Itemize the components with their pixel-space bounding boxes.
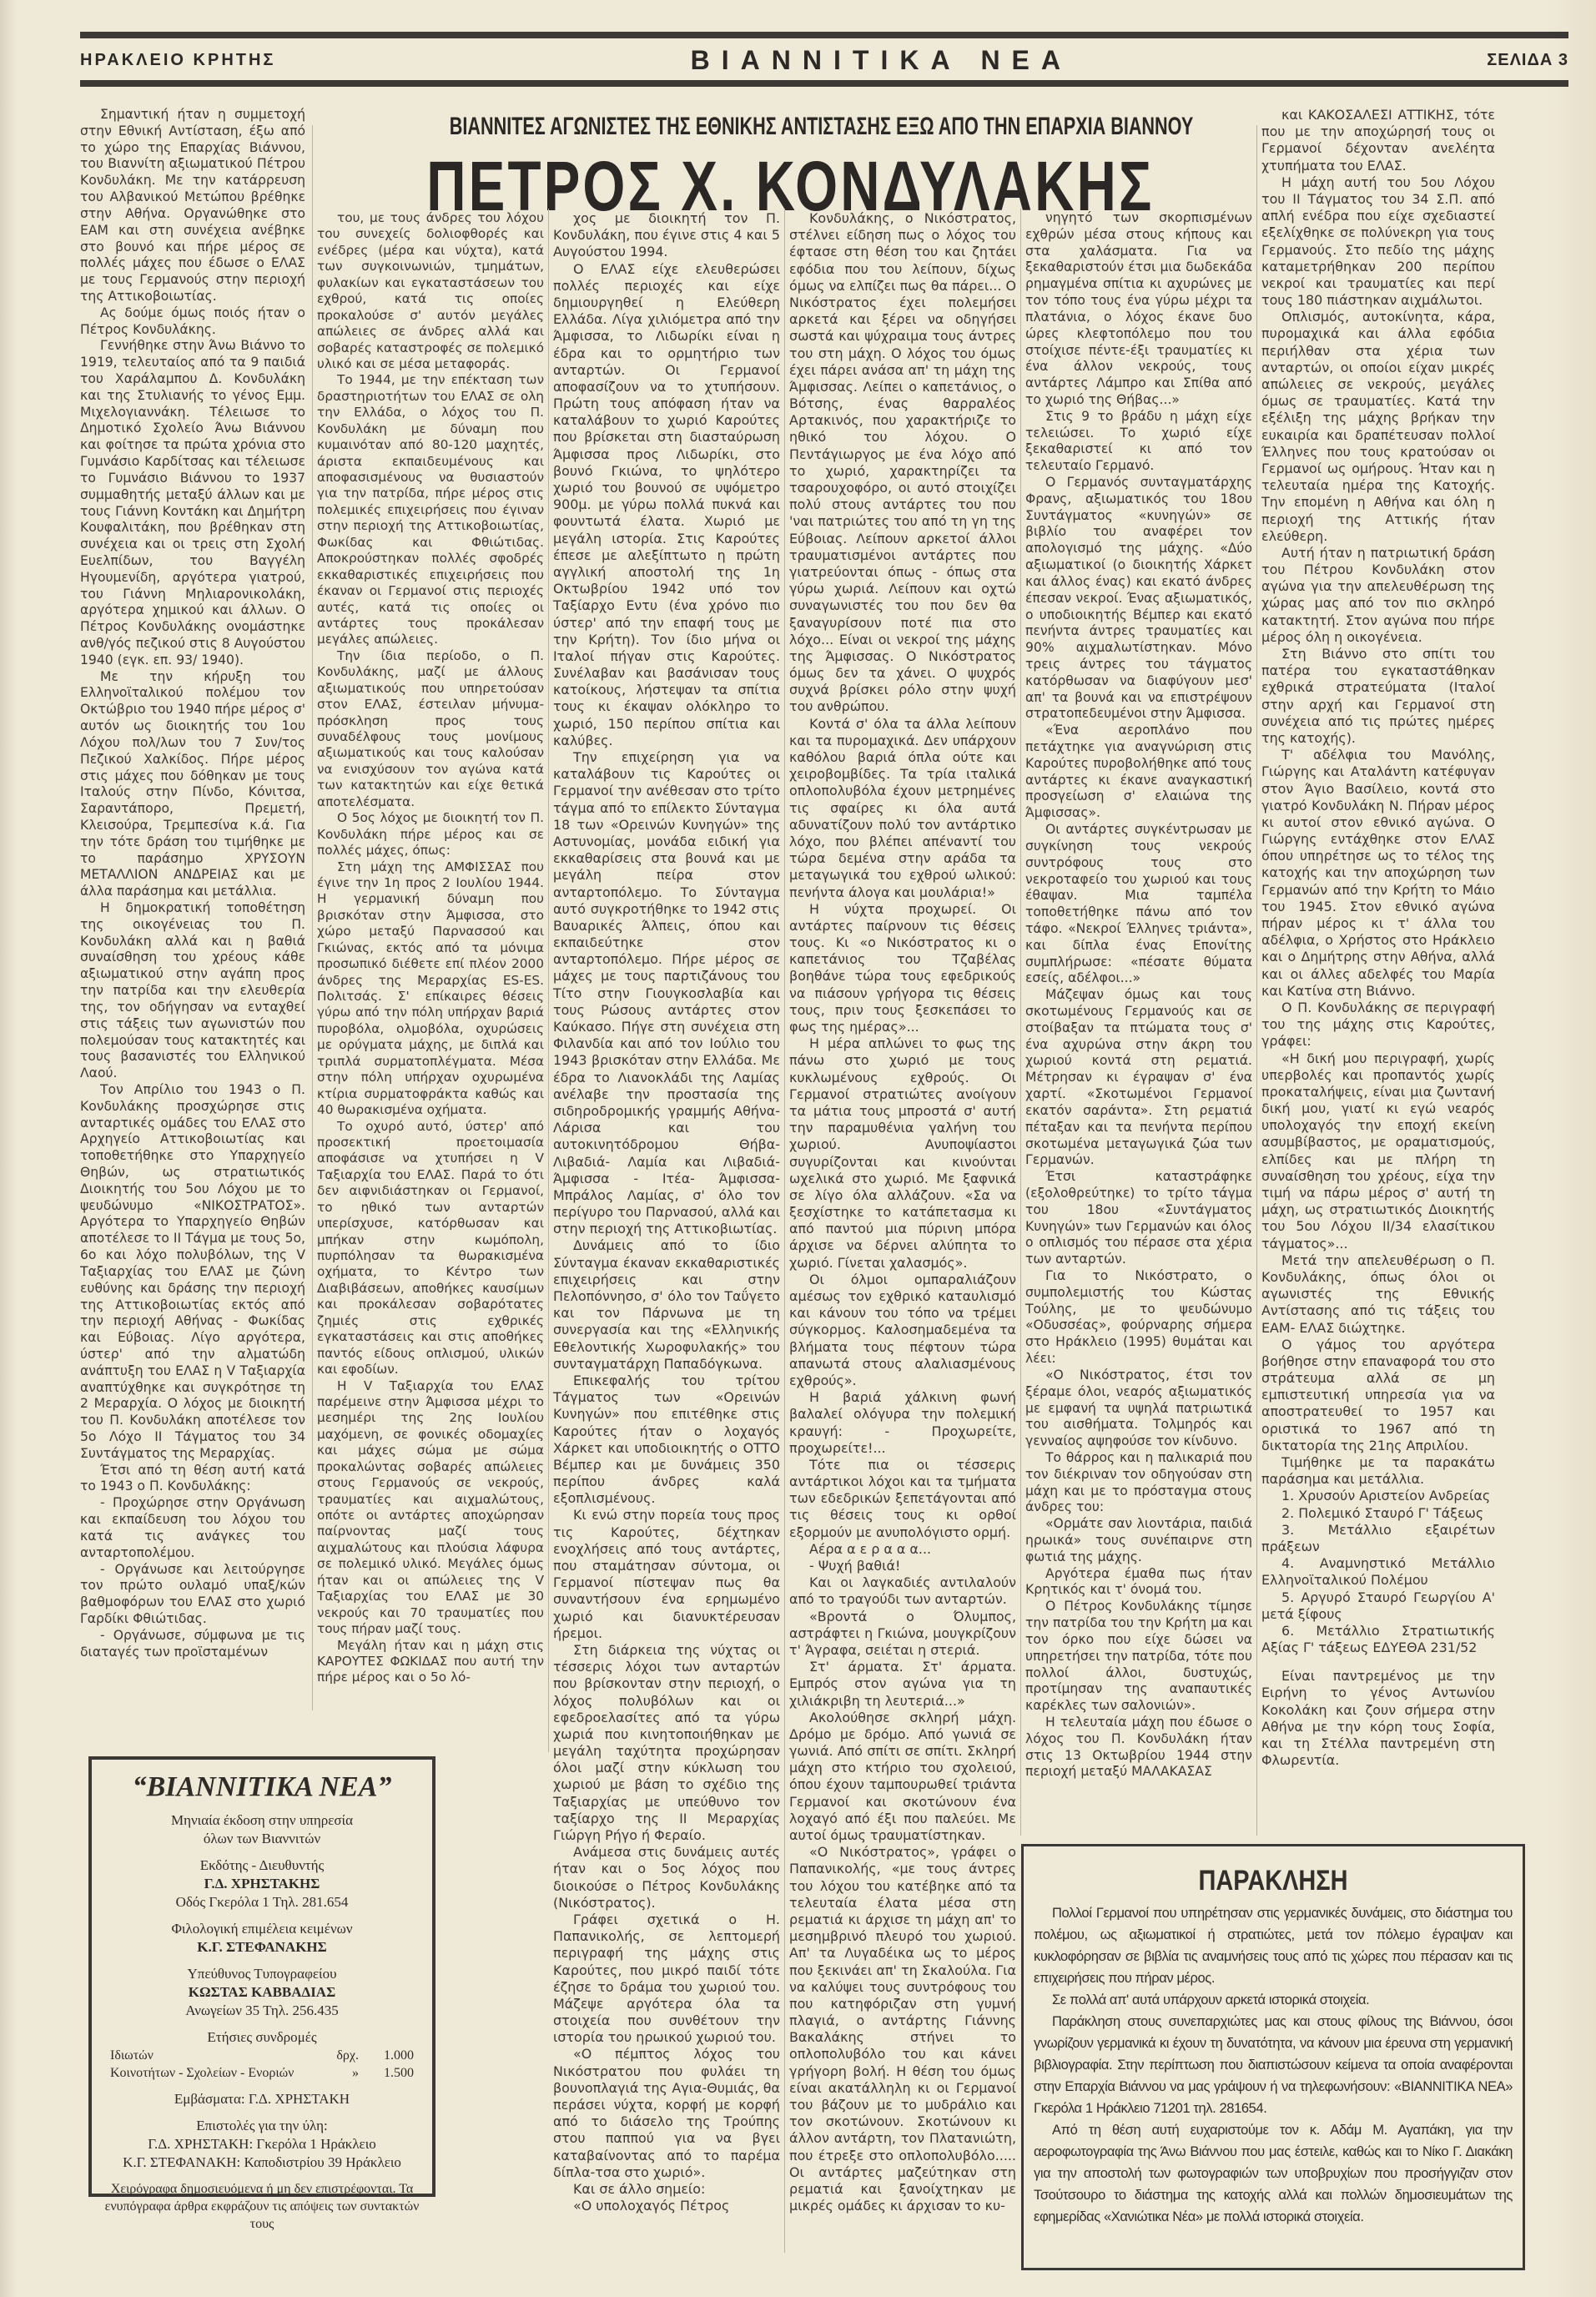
paragraph: 3. Μετάλλιο εξαιρέτων πράξεων: [1261, 1522, 1495, 1555]
paragraph: «Ο Νικόστρατος, έτσι τον ξέραμε όλοι, νε…: [1025, 1368, 1252, 1450]
paragraph: «Η δική μου περιγραφή, χωρίς υπερβολές κ…: [1261, 1050, 1495, 1252]
article-column-3: χος με διοικητή τον Π. Κονδυλάκη, που έγ…: [553, 210, 780, 2214]
paragraph: «Ένα αεροπλάνο που πετάχτηκε για αναγνώρ…: [1025, 723, 1252, 822]
paragraph: Η τελευταία μάχη που έδωσε ο λόχος του Π…: [1025, 1715, 1252, 1781]
paragraph: Σημαντική ήταν η συμμετοχή στην Εθνική Α…: [80, 107, 305, 305]
paragraph: Στ' άρματα. Στ' άρματα. Εμπρός στον αγών…: [789, 1659, 1016, 1710]
editor-name: Κ.Γ. ΣΤΕΦΑΝΑΚΗΣ: [92, 1938, 432, 1957]
paragraph: «Βροντά ο Όλυμπος, αστράφτει η Γκιώνα, μ…: [789, 1609, 1016, 1660]
paragraph: - Ψυχή βαθιά!: [789, 1558, 1016, 1574]
paragraph: Κι ενώ στην πορεία τους προς τις Καρούτε…: [553, 1507, 780, 1642]
paragraph: Στη Βιάννο στο σπίτι του πατέρα του εγκα…: [1261, 646, 1495, 747]
paragraph: του, με τους άνδρες του λόχου του συνεχε…: [317, 210, 544, 372]
paragraph: Στις 9 το βράδυ η μάχη είχε τελειώσει. Τ…: [1025, 409, 1252, 475]
subscription-type: Κοινοτήτων - Σχολείων - Ενοριών: [110, 2064, 294, 2082]
paragraph: Ο Π. Κονδυλάκης σε περιγραφή του της μάχ…: [1261, 1000, 1495, 1050]
masthead-disclaimer: Χειρόγραφα δημοσιευόμενα ή μη δεν επιστρ…: [92, 2180, 432, 2233]
paragraph: Πολλοί Γερμανοί που υπηρέτησαν στις γερμ…: [1034, 1902, 1513, 1989]
paragraph: Ο 5ος λόχος με διοικητή τον Π. Κονδυλάκη…: [317, 810, 544, 859]
closing-paragraph: Είναι παντρεμένος με την Ειρήνη το γένος…: [1261, 1668, 1495, 1769]
paragraph: Αργότερα έμαθα πως ήταν Κρητικός και τ' …: [1025, 1566, 1252, 1599]
bottom-rule: [80, 80, 1568, 87]
paragraph: Η βαριά χάλκινη φωνή βαλαλεί ολόγυρα την…: [789, 1389, 1016, 1457]
subscription-row: Κοινοτήτων - Σχολείων - Ενοριών »1.500: [92, 2064, 432, 2082]
paragraph: Ακολούθησε σκληρή μάχη. Δρόμο με δρόμο. …: [789, 1710, 1016, 1845]
paragraph: Από τη θέση αυτή ευχαριστούμε τον κ. Αδά…: [1034, 2119, 1513, 2228]
paragraph: Έτσι από τη θέση αυτή κατά το 1943 ο Π. …: [80, 1463, 305, 1496]
subscription-price: 1.500: [384, 2064, 414, 2082]
paragraph: Στη μάχη της ΑΜΦΙΣΣΑΣ που έγινε την 1η π…: [317, 859, 544, 1119]
paragraph: Επικεφαλής του τρίτου Τάγματος των «Ορει…: [553, 1373, 780, 1508]
appeal-title: ΠΑΡΑΚΛΗΣΗ: [1061, 1865, 1485, 1897]
article-column-5: νηγητό των σκορπισμένων εχθρών μέσα στου…: [1025, 210, 1252, 1781]
paragraph: Τ' αδέλφια του Μανόλης, Γιώργης και Αταλ…: [1261, 747, 1495, 1000]
paragraph: Και σε άλλο σημείο:: [553, 2181, 780, 2198]
paragraph: Οπλισμός, αυτοκίνητα, κάρα, πυρομαχικά κ…: [1261, 309, 1495, 545]
paragraph: Η νύχτα προχωρεί. Οι αντάρτες παίρνουν τ…: [789, 901, 1016, 1036]
publisher-label: Εκδότης - Διευθυντής: [92, 1856, 432, 1875]
paragraph: 6. Μετάλλιο Στρατιωτικής Αξίας Γ' τάξεως…: [1261, 1623, 1495, 1656]
paragraph: Γεννήθηκε στην Άνω Βιάννο το 1919, τελευ…: [80, 338, 305, 668]
paragraph: - Προχώρησε στην Οργάνωση και εκπαίδευση…: [80, 1495, 305, 1561]
paragraph: Οι αντάρτες συγκέντρωσαν με συγκίνηση το…: [1025, 822, 1252, 987]
paragraph: Η δημοκρατική τοποθέτηση της οικογένειας…: [80, 900, 305, 1082]
paragraph: 2. Πολεμικό Σταυρό Γ' Τάξεως: [1261, 1505, 1495, 1522]
column-divider: [312, 125, 313, 1710]
column-divider: [1256, 125, 1257, 1836]
paragraph: Ο Γερμανός συνταγματάρχης Φρανς, αξιωματ…: [1025, 475, 1252, 723]
article-column-6: και ΚΑΚΟΣΑΛΕΣΙ ΑΤΤΙΚΗΣ, τότε που με την …: [1261, 107, 1495, 1769]
paragraph: Η μέρα απλώνει το φως της πάνω στο χωριό…: [789, 1035, 1016, 1272]
article-column-4: Κονδυλάκης, ο Νικόστρατος, στέλνει είδησ…: [789, 210, 1016, 2214]
paragraph: Ο ΕΛΑΣ είχε ελευθερώσει πολλές περιοχές …: [553, 261, 780, 749]
paragraph: χος με διοικητή τον Π. Κονδυλάκη, που έγ…: [553, 210, 780, 261]
paragraph: Κονδυλάκης, ο Νικόστρατος, στέλνει είδησ…: [789, 210, 1016, 716]
page-edge-right: [1546, 0, 1596, 2297]
column-divider: [548, 209, 549, 1752]
paragraph: Ανάμεσα στις δυνάμεις αυτές ήταν και ο 5…: [553, 1844, 780, 1912]
masthead-subtitle: όλων των Βιαννιτών: [92, 1830, 432, 1848]
paragraph: Τότε πια οι τέσσερις αντάρτικοι λόχοι κα…: [789, 1457, 1016, 1541]
paragraph: - Οργάνωσε και λειτούργησε τον πρώτο ουλ…: [80, 1562, 305, 1628]
paragraph: Οι όλμοι ομπαραλιάζουν αμέσως τον εχθρικ…: [789, 1272, 1016, 1389]
subscription-type: Ιδιωτών: [110, 2047, 154, 2064]
editor-label: Φιλολογική επιμέλεια κειμένων: [92, 1920, 432, 1938]
column-divider: [784, 209, 785, 2253]
paragraph: Το θάρρος και η παλικαριά που τον διέκρι…: [1025, 1450, 1252, 1516]
paragraph: Η μάχη αυτή του 5ου Λόχου του ΙΙ Τάγματο…: [1261, 174, 1495, 310]
paragraph: «Ορμάτε σαν λιοντάρια, παιδιά ηρωικά» το…: [1025, 1516, 1252, 1565]
appeal-box: ΠΑΡΑΚΛΗΣΗ Πολλοί Γερμανοί που υπηρέτησαν…: [1021, 1844, 1525, 2270]
printer-label: Υπεύθυνος Τυπογραφείου: [92, 1965, 432, 1983]
paragraph: Γράφει σχετικά ο Η. Παπανικολής, σε λεπτ…: [553, 1912, 780, 2047]
paragraph: Μεγάλη ήταν και η μάχη στις ΚΑΡΟΥΤΕΣ ΦΩΚ…: [317, 1638, 544, 1686]
publisher-name: Γ.Δ. ΧΡΗΣΤΑΚΗΣ: [92, 1875, 432, 1893]
paragraph: Μετά την απελευθέρωση ο Π. Κονδυλάκης, ό…: [1261, 1252, 1495, 1337]
paragraph: Η V Ταξιαρχία του ΕΛΑΣ παρέμεινε στην Άμ…: [317, 1378, 544, 1638]
remittance-info: Εμβάσματα: Γ.Δ. ΧΡΗΣΤΑΚΗ: [92, 2090, 432, 2108]
location-label: ΗΡΑΚΛΕΙΟ ΚΡΗΤΗΣ: [80, 51, 275, 70]
newspaper-name: ΒΙΑΝΝΙΤΙΚΑ ΝΕΑ: [691, 45, 1072, 76]
subscription-row: Ιδιωτών δρχ.1.000: [92, 2047, 432, 2064]
paragraph: Ο γάμος του αργότερα βοήθησε στην επαναφ…: [1261, 1337, 1495, 1454]
appeal-body: Πολλοί Γερμανοί που υπηρέτησαν στις γερμ…: [1024, 1897, 1523, 2228]
subscription-price: 1.000: [384, 2047, 414, 2064]
paragraph: Μάζεψαν όμως και τους σκοτωμένους Γερμαν…: [1025, 987, 1252, 1169]
paragraph: Και οι λαγκαδιές αντιλαλούν από το τραγο…: [789, 1574, 1016, 1608]
paragraph: 1. Χρυσούν Αριστείον Ανδρείας: [1261, 1488, 1495, 1504]
paragraph: Την ίδια περίοδο, ο Π. Κονδυλάκης, μαζί …: [317, 648, 544, 810]
paragraph: «Ο Νικόστρατος», γράφει ο Παπανικολής, «…: [789, 1844, 1016, 2214]
page-edge-left: [0, 0, 17, 2297]
paragraph: 5. Αργυρό Σταυρό Γεωργίου Α' μετά ξίφους: [1261, 1589, 1495, 1623]
paragraph: «Ο υπολοχαγός Πέτρος: [553, 2198, 780, 2214]
column-6-paragraphs: και ΚΑΚΟΣΑΛΕΣΙ ΑΤΤΙΚΗΣ, τότε που με την …: [1261, 107, 1495, 1488]
paragraph: «Ο πέμπτος λόχος του Νικόστρατου που φυλ…: [553, 2046, 780, 2181]
paragraph: Τον Απρίλιο του 1943 ο Π. Κονδυλάκης προ…: [80, 1082, 305, 1463]
paragraph: Ο Πέτρος Κονδυλάκης τίμησε την πατρίδα τ…: [1025, 1599, 1252, 1715]
paragraph: Στη διάρκεια της νύχτας οι τέσσερις λόχο…: [553, 1642, 780, 1844]
subscriptions-label: Ετήσιες συνδρομές: [92, 2028, 432, 2047]
paragraph: Με την κήρυξη του Ελληνοϊταλικού πολέμου…: [80, 669, 305, 900]
paragraph: Αέρα α ε ρ α α α...: [789, 1541, 1016, 1558]
paragraph: 4. Αναμνηστικό Μετάλλιο Ελληνοϊταλικού Π…: [1261, 1555, 1495, 1589]
masthead-title: “ΒΙΑΝΝΙΤΙΚΑ ΝΕΑ”: [92, 1771, 432, 1803]
currency: δρχ.: [336, 2047, 359, 2064]
publisher-address: Οδός Γκερόλα 1 Τηλ. 281.654: [92, 1893, 432, 1912]
paragraph: Έτσι καταστράφηκε (εξολοθρεύτηκε) το τρί…: [1025, 1169, 1252, 1268]
paragraph: Δυνάμεις από το ίδιο Σύνταγμα έκαναν εκκ…: [553, 1237, 780, 1373]
paragraph: Το οχυρό αυτό, ύστερ' από προσεκτική προ…: [317, 1119, 544, 1378]
paragraph: Την επιχείρηση για να καταλάβουν τις Καρ…: [553, 749, 780, 1237]
paragraph: νηγητό των σκορπισμένων εχθρών μέσα στου…: [1025, 210, 1252, 409]
article-column-2: του, με τους άνδρες του λόχου του συνεχε…: [317, 210, 544, 1686]
medals-list: 1. Χρυσούν Αριστείον Ανδρείας2. Πολεμικό…: [1261, 1488, 1495, 1656]
paragraph: Σε πολλά απ' αυτά υπάρχουν αρκετά ιστορι…: [1034, 1989, 1513, 2011]
printer-address: Ανωγείων 35 Τηλ. 256.435: [92, 2002, 432, 2020]
paragraph: Για το Νικόστρατο, ο συμπολεμιστής του Κ…: [1025, 1268, 1252, 1368]
column-divider: [1020, 209, 1021, 1836]
paragraph: Ας δούμε όμως ποιός ήταν ο Πέτρος Κονδυλ…: [80, 305, 305, 339]
paragraph: Παράκληση στους συνεπαρχιώτες μας και στ…: [1034, 2011, 1513, 2119]
masthead-box: “ΒΙΑΝΝΙΤΙΚΑ ΝΕΑ” Μηνιαία έκδοση στην υπη…: [88, 1756, 436, 2197]
masthead-subtitle: Μηνιαία έκδοση στην υπηρεσία: [92, 1811, 432, 1830]
page-number: ΣΕΛΙΔΑ 3: [1487, 51, 1568, 70]
paragraph: - Οργάνωσε, σύμφωνα με τις διαταγές των …: [80, 1628, 305, 1661]
article-kicker: ΒΙΑΝΝΙΤΕΣ ΑΓΩΝΙΣΤΕΣ ΤΗΣ ΕΘΝΙΚΗΣ ΑΝΤΙΣΤΑΣ…: [450, 113, 1002, 141]
top-rule: [80, 32, 1568, 38]
paragraph: Κοντά σ' όλα τα άλλα λείπουν και τα πυρο…: [789, 716, 1016, 901]
letters-label: Επιστολές για την ύλη:: [92, 2117, 432, 2135]
printer-name: ΚΩΣΤΑΣ ΚΑΒΒΑΔΙΑΣ: [92, 1983, 432, 2002]
currency: »: [352, 2064, 359, 2082]
letters-address: Κ.Γ. ΣΤΕΦΑΝΑΚΗ: Καποδιστρίου 39 Ηράκλειο: [92, 2153, 432, 2172]
paragraph: και ΚΑΚΟΣΑΛΕΣΙ ΑΤΤΙΚΗΣ, τότε που με την …: [1261, 107, 1495, 174]
paragraph: Αυτή ήταν η πατριωτική δράση του Πέτρου …: [1261, 545, 1495, 646]
paragraph: Τιμήθηκε με τα παρακάτω παράσημα και μετ…: [1261, 1454, 1495, 1488]
article-column-1: Σημαντική ήταν η συμμετοχή στην Εθνική Α…: [80, 107, 305, 1660]
running-head: ΗΡΑΚΛΕΙΟ ΚΡΗΤΗΣ ΒΙΑΝΝΙΤΙΚΑ ΝΕΑ ΣΕΛΙΔΑ 3: [80, 45, 1568, 75]
paragraph: Το 1944, με την επέκταση των δραστηριοτή…: [317, 372, 544, 647]
letters-address: Γ.Δ. ΧΡΗΣΤΑΚΗ: Γκερόλα 1 Ηράκλειο: [92, 2135, 432, 2153]
